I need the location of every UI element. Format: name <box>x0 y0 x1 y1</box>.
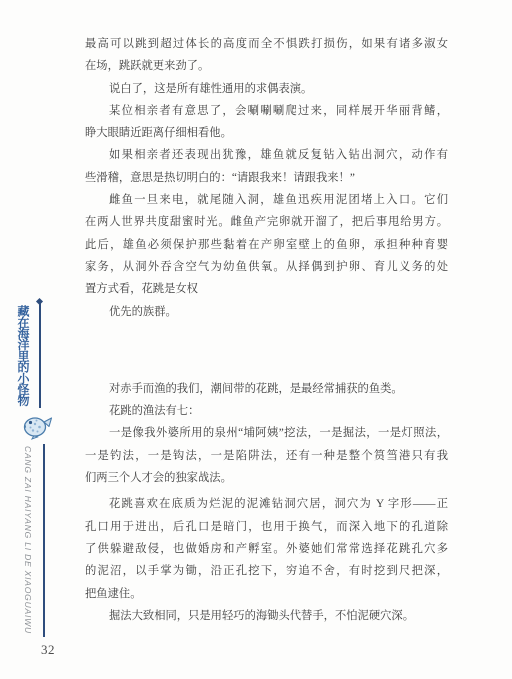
text-line: 孔口用于进出，后孔口是暗门，也用于换气，而深入地下的孔道除 <box>85 516 448 538</box>
page-number: 32 <box>36 642 60 658</box>
text-line: 如果相亲者还表现出犹豫，雄鱼就反复钻入钻出洞穴，动作有 <box>85 144 448 166</box>
series-title-vertical: 藏在海洋里的小怪物 <box>14 305 31 406</box>
text-line: 一是钓法，一是钩法，一是陷阱法，还有一种是整个筼筜港只有我 <box>85 445 448 467</box>
text-line: 对赤手而渔的我们，潮间带的花跳，是最经常捕获的鱼类。 <box>85 378 448 400</box>
sidebar-rule-bottom <box>43 444 45 637</box>
text-line: 把鱼逮住。 <box>85 583 448 605</box>
body-text: 最高可以跳到超过体长的高度而全不惧跌打损伤，如果有诸多淑女在场，跳跃就更来劲了。… <box>85 33 448 627</box>
text-line: 优先的族群。 <box>85 301 448 323</box>
text-line: 花跳的渔法有七： <box>85 400 448 422</box>
text-line: 睁大眼睛近距离仔细相看他。 <box>85 122 448 144</box>
text-line: 了供躲避敌侵，也做婚房和产孵室。外婆她们常常选择花跳孔穴多 <box>85 538 448 560</box>
text-line: 雌鱼一旦来电，就尾随入洞，雄鱼迅疾用泥团堵上入口。它们 <box>85 189 448 211</box>
text-line: 在场，跳跃就更来劲了。 <box>85 55 448 77</box>
pufferfish-icon <box>21 410 53 442</box>
text-block: 对赤手而渔的我们，潮间带的花跳，是最经常捕获的鱼类。花跳的渔法有七：一是像我外婆… <box>85 378 448 627</box>
text-block: 最高可以跳到超过体长的高度而全不惧跌打损伤，如果有诸多淑女在场，跳跃就更来劲了。… <box>85 33 448 323</box>
series-pinyin-vertical: CANG ZAI HAIYANG LI DE XIAOGUAIWU <box>21 446 35 631</box>
book-page: 藏在海洋里的小怪物 CANG ZAI HAIYANG LI DE XIAOGUA… <box>0 0 512 679</box>
text-line: 某位相亲者有意思了，会唰唰唰爬过来，同样展开华丽背鳍， <box>85 100 448 122</box>
sidebar-rule-top <box>39 303 41 408</box>
text-line: 们两三个人才会的独家战法。 <box>85 467 448 489</box>
text-line: 些滑稽，意思是热切明白的：“请跟我来！请跟我来！” <box>85 167 448 189</box>
text-line: 此后，雄鱼必须保护那些黏着在产卵室壁上的鱼卵，承担种种育婴 <box>85 234 448 256</box>
text-line: 一是像我外婆所用的泉州“埔阿姨”挖法，一是掘法，一是灯照法， <box>85 422 448 444</box>
text-line: 的泥沼，以手掌为锄，沿正孔挖下，穷追不舍，有时挖到尺把深， <box>85 560 448 582</box>
text-line: 掘法大致相同，只是用轻巧的海锄头代替手，不怕泥硬穴深。 <box>85 605 448 627</box>
text-line: 家务，从洞外吞含空气为幼鱼供氧。从择偶到护卵、育儿义务的处 <box>85 256 448 278</box>
text-line: 置方式看，花跳是女权 <box>85 278 448 300</box>
text-line: 花跳喜欢在底质为烂泥的泥滩钻洞穴居，洞穴为 Y 字形——正 <box>85 493 448 515</box>
text-line: 说白了，这是所有雄性通用的求偶表演。 <box>85 78 448 100</box>
text-line: 在两人世界共度甜蜜时光。雌鱼产完卵就开溜了，把后事甩给男方。 <box>85 211 448 233</box>
text-line: 最高可以跳到超过体长的高度而全不惧跌打损伤，如果有诸多淑女 <box>85 33 448 55</box>
